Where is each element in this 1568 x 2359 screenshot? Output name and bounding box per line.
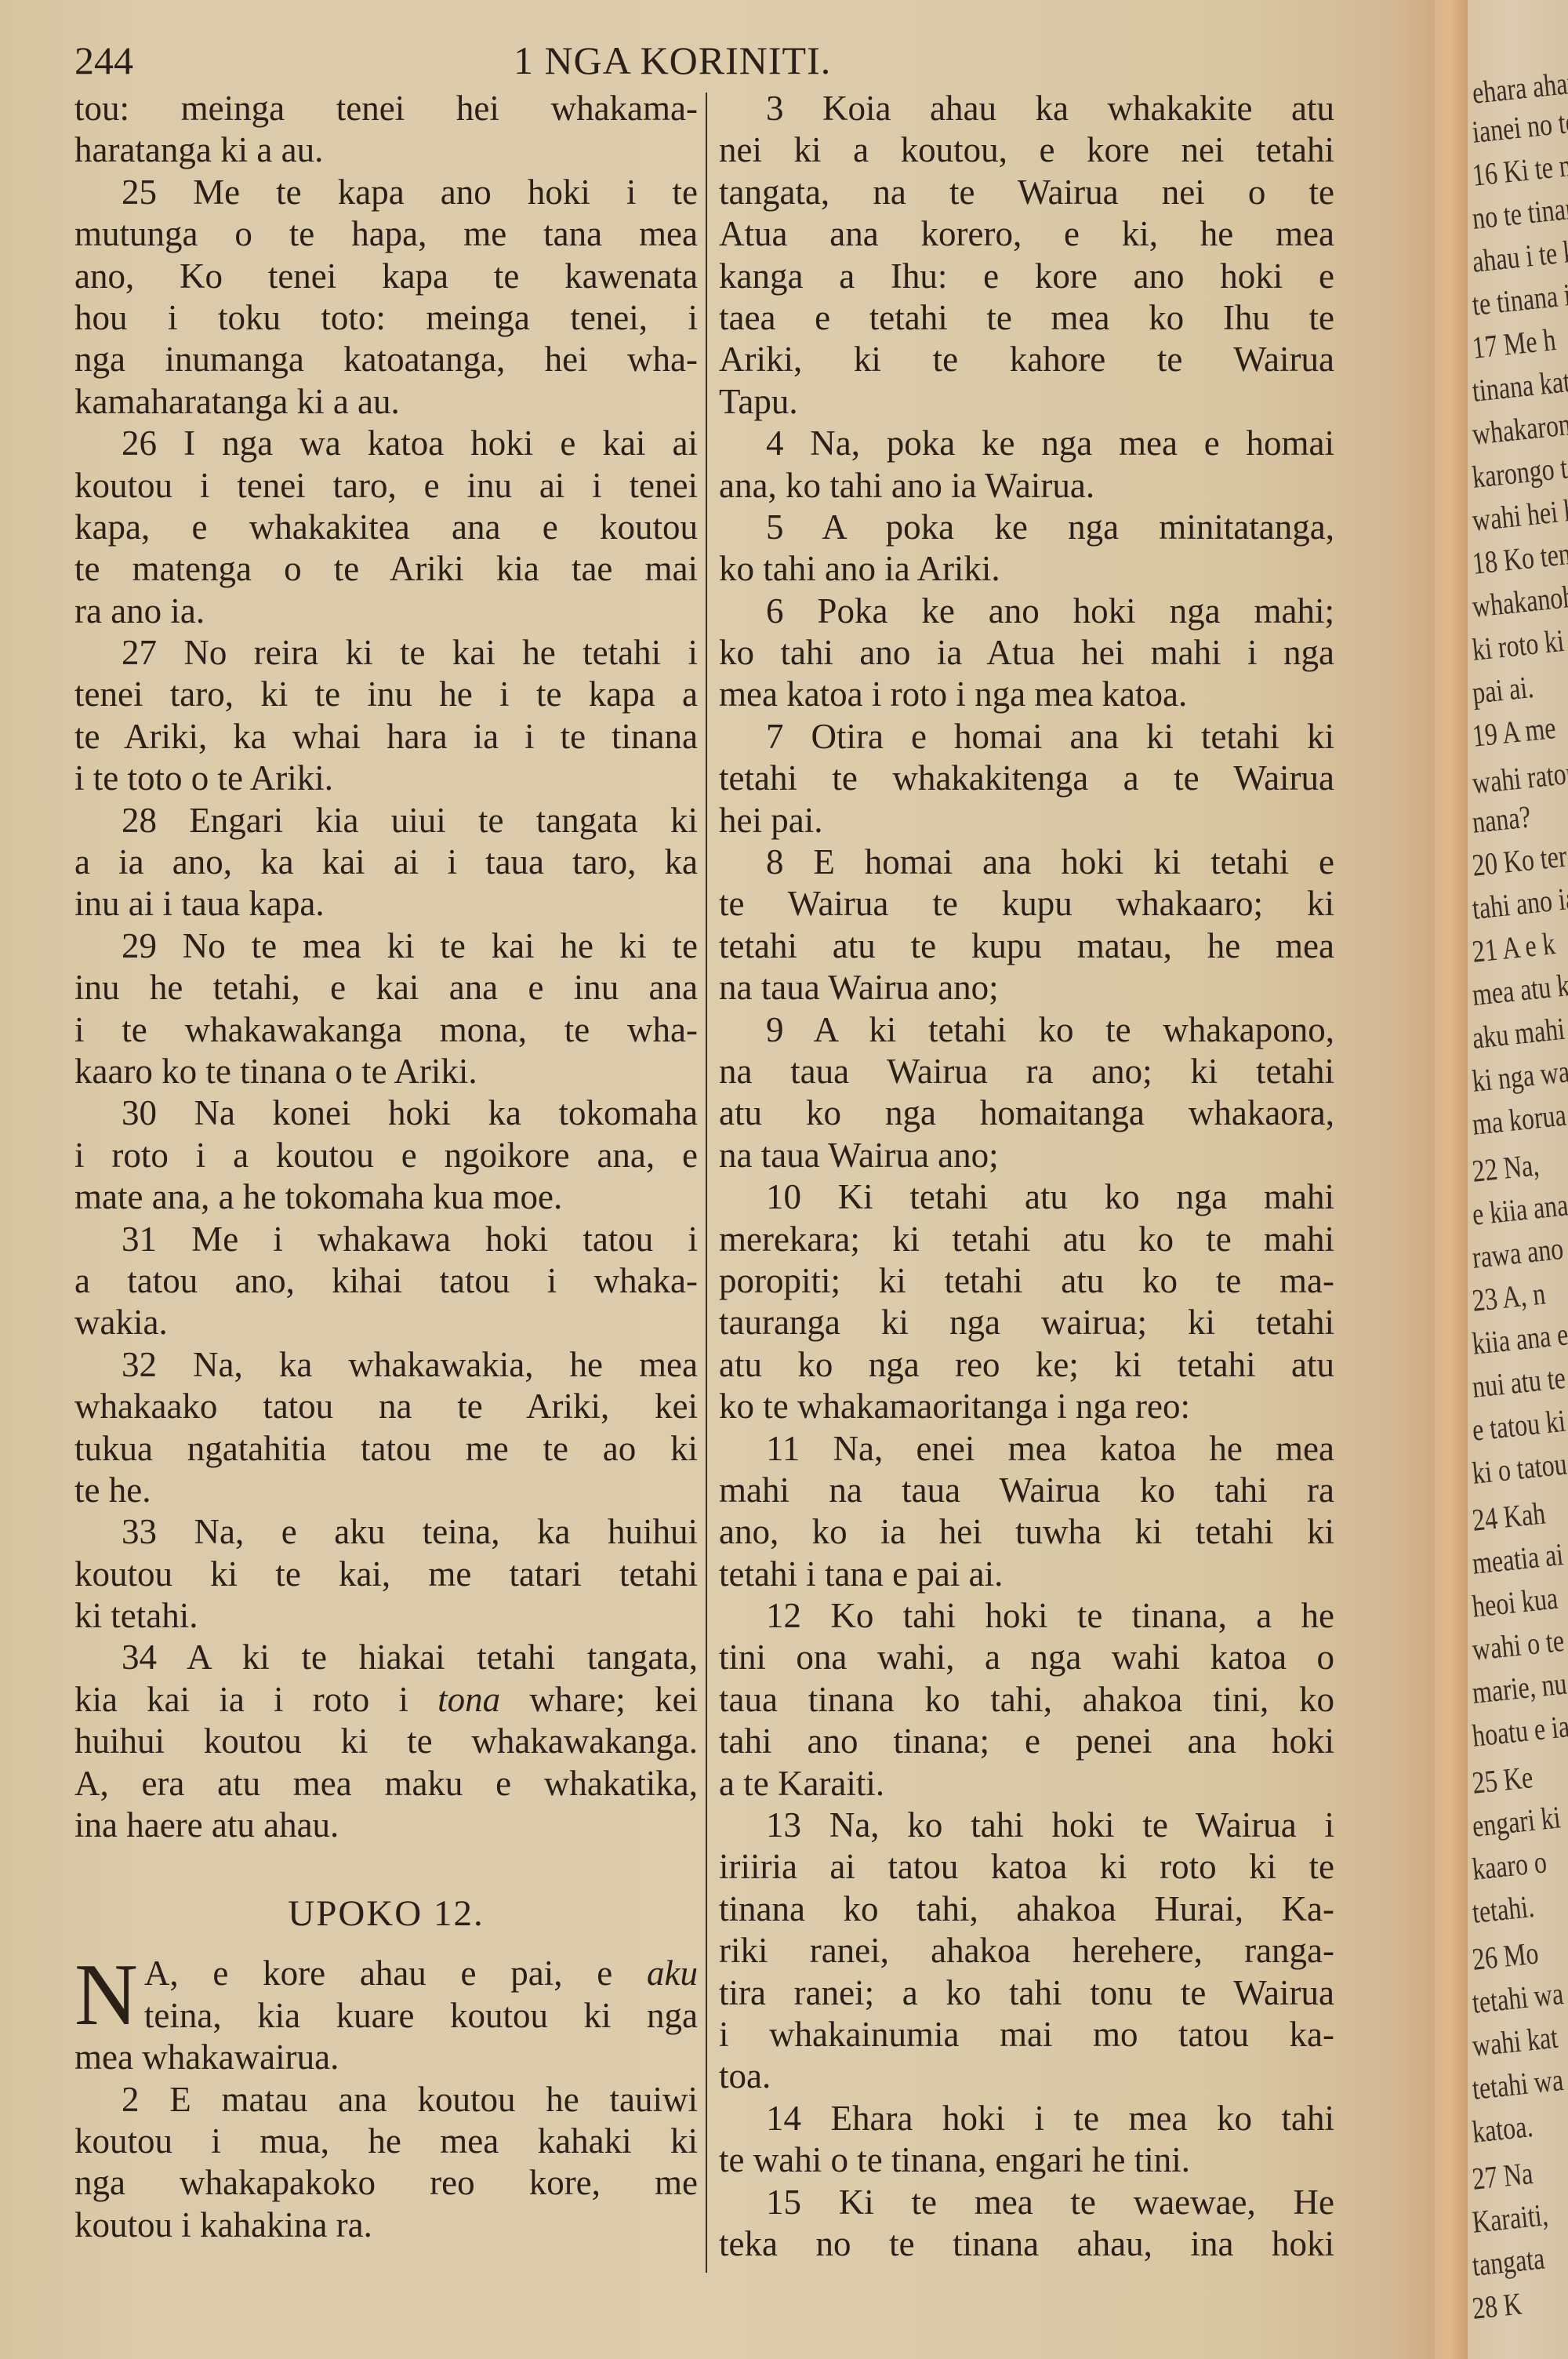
- italic-word: tona: [437, 1680, 500, 1719]
- facing-page-text-fragment: 27 Na: [1471, 2154, 1535, 2197]
- text-line: te matenga o te Ariki kia tae mai: [74, 548, 698, 590]
- text-line: mutunga o te hapa, me tana mea: [74, 213, 698, 255]
- page-header: 244 1 NGA KORINITI.: [74, 38, 1329, 85]
- text-line: te wahi o te tinana, engari he tini.: [719, 2139, 1334, 2181]
- text-line: a ia ano, ka kai ai i taua taro, ka: [74, 841, 698, 883]
- facing-page-text-fragment: tetahi.: [1471, 1888, 1537, 1931]
- text-line: kanga a Ihu: e kore ano hoki e: [719, 256, 1334, 297]
- text-line: a te Karaiti.: [719, 1763, 1334, 1805]
- text-line: tenei taro, ki te inu he i te kapa a: [74, 674, 698, 715]
- text-line: mate ana, a he tokomaha kua moe.: [74, 1176, 698, 1218]
- facing-page-text-fragment: 24 Kah: [1471, 1494, 1548, 1538]
- text-line: ana, ko tahi ano ia Wairua.: [719, 465, 1334, 507]
- facing-page-text-fragment: 23 A, n: [1471, 1274, 1548, 1319]
- text-line: inu he tetahi, e kai ana e inu ana: [74, 967, 698, 1009]
- text-line: koutou i kahakina ra.: [74, 2205, 698, 2246]
- text-line: kapa, e whakakitea ana e koutou: [74, 507, 698, 548]
- text-line: ano, Ko tenei kapa te kawenata: [74, 256, 698, 297]
- text-line: tauranga ki nga wairua; ki tetahi: [719, 1302, 1334, 1343]
- text-line: poropiti; ki tetahi atu ko te ma-: [719, 1260, 1334, 1302]
- text-line: 7 Otira e homai ana ki tetahi ki: [719, 716, 1334, 758]
- facing-page-text-fragment: pai ai.: [1471, 668, 1536, 711]
- italic-word: aku: [647, 1954, 698, 1993]
- text-line: ko tahi ano ia Ariki.: [719, 548, 1334, 590]
- text-line: 4 Na, poka ke nga mea e homai: [719, 423, 1334, 464]
- facing-page-text-fragment: kaaro o: [1471, 1843, 1548, 1888]
- text-line: 31 Me i whakawa hoki tatou i: [74, 1219, 698, 1260]
- text-line: mea katoa i roto i nga mea katoa.: [719, 674, 1334, 715]
- text-line: huihui koutou ki te whakawakanga.: [74, 1721, 698, 1762]
- text-line: tou: meinga tenei hei whakama-: [74, 88, 698, 129]
- facing-page-text-fragment: 25 Ke: [1471, 1758, 1535, 1801]
- facing-page-text-fragment: 28 K: [1471, 2285, 1524, 2327]
- text-line: 10 Ki tetahi atu ko nga mahi: [719, 1176, 1334, 1218]
- facing-page-text-fragment: Karaiti,: [1471, 2196, 1550, 2241]
- text-line: riki ranei, ahakoa herehere, ranga-: [719, 1930, 1334, 1972]
- left-column: tou: meinga tenei hei whakama-haratanga …: [74, 88, 698, 2246]
- text-line: mea whakawairua.: [74, 2037, 698, 2078]
- text-line: toa.: [719, 2055, 1334, 2097]
- text-line: kamaharatanga ki a au.: [74, 381, 698, 423]
- text-line: wakia.: [74, 1302, 698, 1343]
- text-line: Atua ana korero, e ki, he mea: [719, 213, 1334, 255]
- text-line: ra ano ia.: [74, 591, 698, 632]
- text-line: nga whakapakoko reo kore, me: [74, 2162, 698, 2204]
- text-line: tinana ko tahi, ahakoa Hurai, Ka-: [719, 1888, 1334, 1930]
- text-line: 15 Ki te mea te waewae, He: [719, 2182, 1334, 2223]
- text-line: na taua Wairua ano;: [719, 967, 1334, 1009]
- right-column: 3 Koia ahau ka whakakite atunei ki a kou…: [719, 88, 1334, 2265]
- text-line: tetahi te whakakitenga a te Wairua: [719, 758, 1334, 799]
- chapter-opening-paragraph: NA, e kore ahau e pai, e akuteina, kia k…: [74, 1953, 698, 2078]
- text-line: 2 E matau ana koutou he tauiwi: [74, 2079, 698, 2121]
- text-line: na taua Wairua ano;: [719, 1135, 1334, 1176]
- text-line: merekara; ki tetahi atu ko te mahi: [719, 1219, 1334, 1260]
- text-line: tira ranei; a ko tahi tonu te Wairua: [719, 1972, 1334, 2014]
- text-line: A, e kore ahau e pai, e aku: [74, 1953, 698, 1994]
- text-line: tini ona wahi, a nga wahi katoa o: [719, 1637, 1334, 1678]
- column-divider: [706, 93, 707, 2273]
- text-line: teka no te tinana ahau, ina hoki: [719, 2223, 1334, 2265]
- facing-page-text-fragment: 26 Mo: [1471, 1934, 1541, 1978]
- text-line: koutou i mua, he mea kahaki ki: [74, 2121, 698, 2162]
- text-line: teina, kia kuare koutou ki nga: [74, 1995, 698, 2037]
- text-line: 13 Na, ko tahi hoki te Wairua i: [719, 1805, 1334, 1846]
- text-line: 34 A ki te hiakai tetahi tangata,: [74, 1637, 698, 1678]
- text-line: i te toto o te Ariki.: [74, 758, 698, 799]
- text-line: tahi ano tinana; e penei ana hoki: [719, 1721, 1334, 1762]
- text-line: te Wairua te kupu whakaaro; ki: [719, 883, 1334, 925]
- text-line: 25 Me te kapa ano hoki i te: [74, 172, 698, 213]
- text-line: atu ko nga reo ke; ki tetahi atu: [719, 1344, 1334, 1386]
- text-line: na taua Wairua ra ano; ki tetahi: [719, 1051, 1334, 1092]
- text-line: 11 Na, enei mea katoa he mea: [719, 1428, 1334, 1470]
- text-line: 30 Na konei hoki ka tokomaha: [74, 1092, 698, 1134]
- text-line: 33 Na, e aku teina, ka huihui: [74, 1511, 698, 1553]
- book-gutter: [1435, 0, 1470, 2359]
- text-line: hei pai.: [719, 800, 1334, 841]
- text-line: ko te whakamaoritanga i nga reo:: [719, 1386, 1334, 1427]
- text-line: whakaako tatou na te Ariki, kei: [74, 1386, 698, 1427]
- text-line: i roto i a koutou e ngoikore ana, e: [74, 1135, 698, 1176]
- text-line: koutou ki te kai, me tatari tetahi: [74, 1554, 698, 1595]
- page-number: 244: [74, 38, 133, 83]
- text-line: ko tahi ano ia Atua hei mahi i nga: [719, 632, 1334, 674]
- text-line: i whakainumia mai mo tatou ka-: [719, 2014, 1334, 2055]
- text-line: Tapu.: [719, 381, 1334, 423]
- text-line: Ariki, ki te kahore te Wairua: [719, 339, 1334, 380]
- text-line: tukua ngatahitia tatou me te ao ki: [74, 1428, 698, 1470]
- text-line: nei ki a koutou, e kore nei tetahi: [719, 129, 1334, 171]
- text-line: koutou i tenei taro, e inu ai i tenei: [74, 465, 698, 507]
- text-line: i te whakawakanga mona, te wha-: [74, 1009, 698, 1051]
- facing-page-text-fragment: katoa.: [1471, 2107, 1535, 2150]
- drop-cap: N: [74, 1957, 138, 2036]
- facing-page-text-fragment: nana?: [1471, 798, 1533, 841]
- book-page: 244 1 NGA KORINITI. tou: meinga tenei he…: [0, 0, 1450, 2359]
- text-line: 14 Ehara hoki i te mea ko tahi: [719, 2098, 1334, 2139]
- text-line: iriiria ai tatou katoa ki roto ki te: [719, 1846, 1334, 1888]
- text-line: 6 Poka ke ano hoki nga mahi;: [719, 591, 1334, 632]
- text-line: 5 A poka ke nga minitatanga,: [719, 507, 1334, 548]
- text-line: kaaro ko te tinana o te Ariki.: [74, 1051, 698, 1092]
- facing-page-text-fragment: 22 Na,: [1471, 1146, 1541, 1190]
- text-line: 9 A ki tetahi ko te whakapono,: [719, 1009, 1334, 1051]
- text-line: A, era atu mea maku e whakatika,: [74, 1763, 698, 1805]
- text-line: ano, ko ia hei tuwha ki tetahi ki: [719, 1511, 1334, 1553]
- text-line: 26 I nga wa katoa hoki e kai ai: [74, 423, 698, 464]
- text-line: a tatou ano, kihai tatou i whaka-: [74, 1260, 698, 1302]
- facing-page-text-fragment: tangata: [1471, 2239, 1547, 2283]
- text-line: inu ai i taua kapa.: [74, 883, 698, 925]
- text-line: 3 Koia ahau ka whakakite atu: [719, 88, 1334, 129]
- text-line: nga inumanga katoatanga, hei wha-: [74, 339, 698, 380]
- text-line: kia kai ia i roto i tona whare; kei: [74, 1679, 698, 1721]
- text-line: te he.: [74, 1470, 698, 1511]
- text-line: 32 Na, ka whakawakia, he mea: [74, 1344, 698, 1386]
- chapter-heading: UPOKO 12.: [74, 1890, 698, 1953]
- text-line: ina haere atu ahau.: [74, 1805, 698, 1846]
- text-line: tetahi i tana e pai ai.: [719, 1554, 1334, 1595]
- text-line: 28 Engari kia uiui te tangata ki: [74, 800, 698, 841]
- text-line: mahi na taua Wairua ko tahi ra: [719, 1470, 1334, 1511]
- text-line: taea e tetahi te mea ko Ihu te: [719, 297, 1334, 339]
- text-line: 8 E homai ana hoki ki tetahi e: [719, 841, 1334, 883]
- text-line: atu ko nga homaitanga whakaora,: [719, 1092, 1334, 1134]
- text-line: taua tinana ko tahi, ahakoa tini, ko: [719, 1679, 1334, 1721]
- text-line: 27 No reira ki te kai he tetahi i: [74, 632, 698, 674]
- text-line: tangata, na te Wairua nei o te: [719, 172, 1334, 213]
- text-line: tetahi atu te kupu matau, he mea: [719, 925, 1334, 967]
- text-line: ki tetahi.: [74, 1595, 698, 1637]
- running-head: 1 NGA KORINITI.: [514, 38, 831, 83]
- text-line: haratanga ki a au.: [74, 129, 698, 171]
- text-line: 12 Ko tahi hoki te tinana, a he: [719, 1595, 1334, 1637]
- text-line: 29 No te mea ki te kai he ki te: [74, 925, 698, 967]
- text-line: te Ariki, ka whai hara ia i te tinana: [74, 716, 698, 758]
- text-line: hou i toku toto: meinga tenei, i: [74, 297, 698, 339]
